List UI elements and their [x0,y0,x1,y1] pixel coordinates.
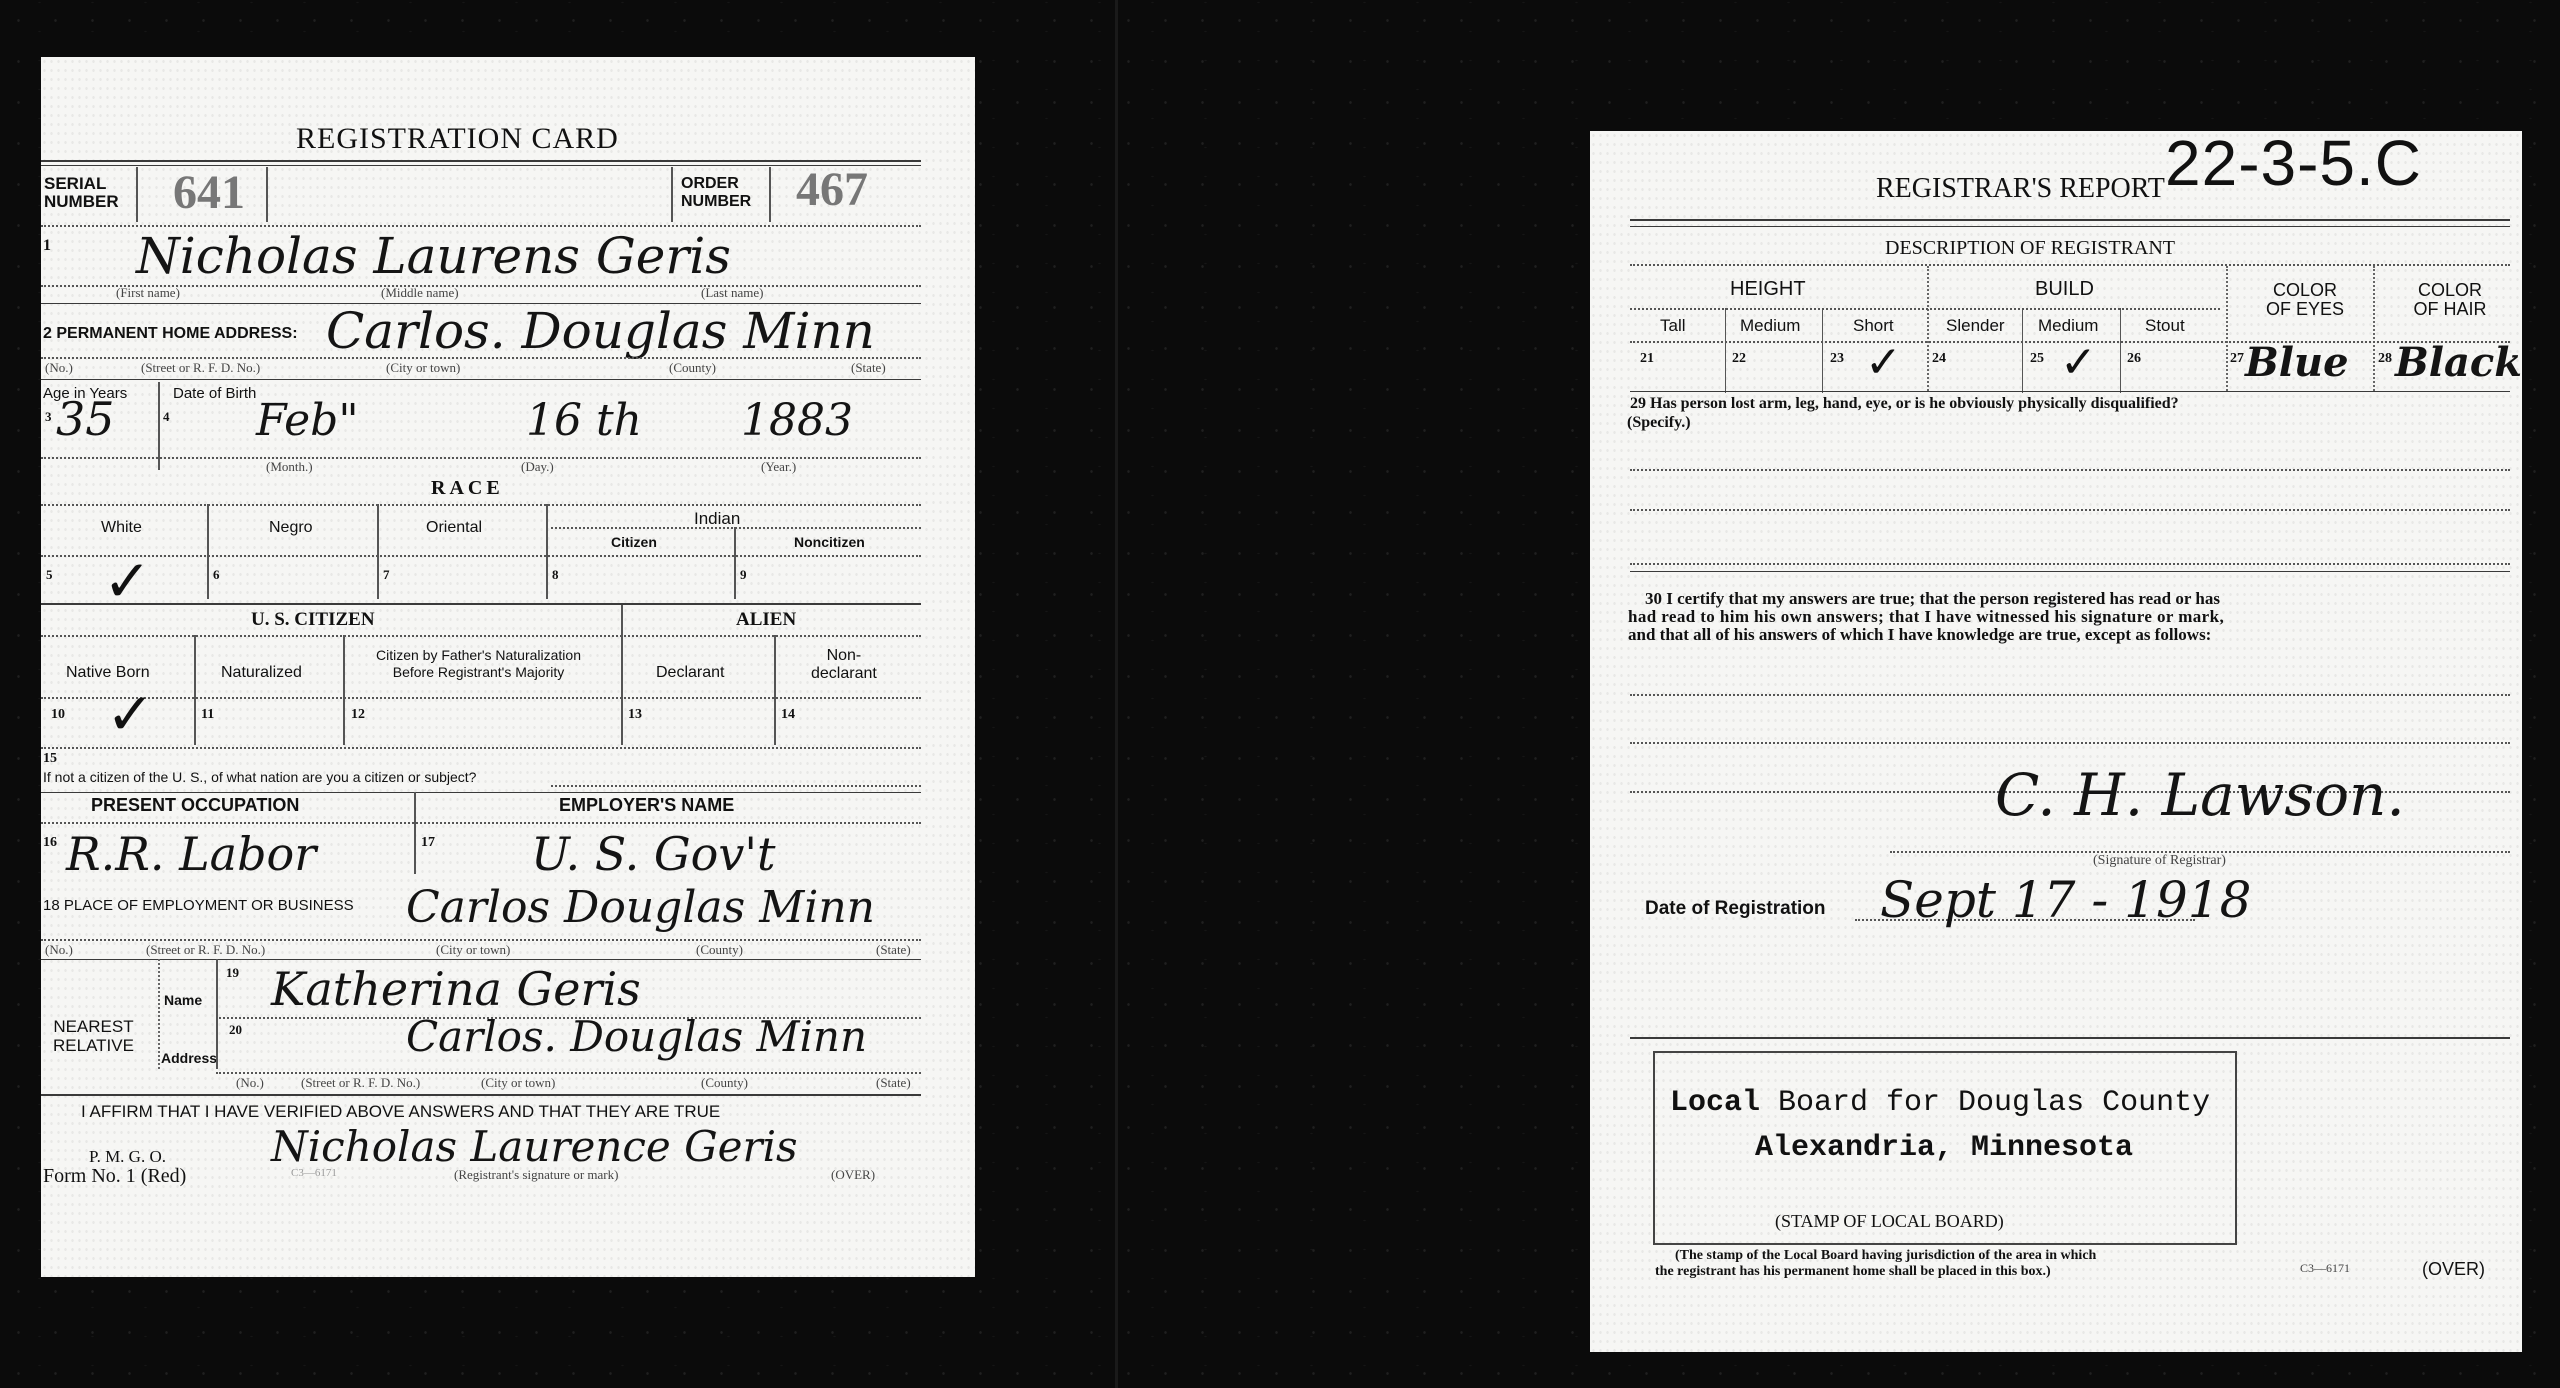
eyes-header-line2: OF EYES [2255,300,2355,319]
race-oriental-header: Oriental [426,519,482,537]
registrant-name: Nicholas Laurens Geris [136,227,731,285]
relative-name-label: Name [164,992,202,1008]
build-medium-header: Medium [2038,316,2098,336]
alien-title: ALIEN [736,609,796,631]
page-fold-line [1115,0,1118,1388]
stamp-board-county: Board for Douglas County [1760,1086,2210,1120]
q3-number: 3 [45,409,52,425]
form-number: Form No. 1 (Red) [43,1165,186,1188]
q1-number: 1 [43,237,51,255]
addr-city-label: (City or town) [386,360,460,376]
q30-certify-line3: and that all of his answers of which I h… [1628,625,2211,645]
serial-label-line2: NUMBER [44,193,119,211]
q30-certify-line2: had read to him his own answers; that I … [1628,607,2224,627]
registrar-signature: C. H. Lawson. [1995,761,2405,829]
q25-number: 25 [2030,351,2044,367]
dob-month-label: (Month.) [266,459,313,475]
hair-header-line1: COLOR [2400,281,2500,300]
hair-color-value: Black [2395,339,2522,386]
q30-certify-line1: 30 I certify that my answers are true; t… [1645,589,2220,609]
q8-number: 8 [552,567,559,583]
nearest-relative-line1: NEAREST [53,1017,134,1036]
registrant-signature-label: (Registrant's signature or mark) [454,1167,618,1183]
emp-state-label: (State) [876,942,911,958]
q5-number: 5 [46,567,53,583]
emp-no-label: (No.) [45,942,73,958]
build-stout-header: Stout [2145,316,2185,336]
dob-day-label: (Day.) [521,459,554,475]
addr-street-label: (Street or R. F. D. No.) [141,360,260,376]
serial-number: 641 [173,165,245,220]
eyes-header-line1: COLOR [2255,281,2355,300]
order-label-line1: ORDER [681,175,751,193]
nearest-relative-line2: RELATIVE [53,1036,134,1055]
q13-number: 13 [628,707,642,723]
registrant-signature: Nicholas Laurence Geris [271,1122,798,1171]
q29-specify: (Specify.) [1627,414,1691,432]
registration-card-front: REGISTRATION CARD SERIAL NUMBER 641 ORDE… [41,57,975,1277]
height-medium-header: Medium [1740,316,1800,336]
q10-number: 10 [51,707,65,723]
height-short-header: Short [1853,316,1894,336]
race-indian-header: Indian [694,509,740,529]
dob-month: Feb" [256,395,359,446]
q6-number: 6 [213,567,220,583]
stamp-note-line2: the registrant has his permanent home sh… [1655,1264,2051,1280]
home-address-value: Carlos. Douglas Minn [326,302,875,360]
q15-question: If not a citizen of the U. S., of what n… [43,769,476,785]
order-label-line2: NUMBER [681,193,751,211]
middle-name-label: (Middle name) [381,285,459,301]
card-title: REGISTRATION CARD [296,122,619,156]
right-print-code: C3—6171 [2300,1261,2350,1276]
declarant-header: Declarant [656,664,724,682]
native-born-checkmark: ✓ [106,685,155,743]
dob-year-label: (Year.) [761,459,796,475]
q7-number: 7 [383,567,390,583]
rel-state-label: (State) [876,1075,911,1091]
age-value: 35 [56,392,115,446]
print-code: C3—6171 [291,1167,337,1179]
nearest-relative-label: NEAREST RELATIVE [53,1017,134,1055]
dob-day: 16 th [526,395,642,446]
hair-header-line2: OF HAIR [2400,300,2500,319]
order-number: 467 [796,162,868,217]
fathers-naturalization-header: Citizen by Father's Naturalization Befor… [346,647,611,681]
race-negro-header: Negro [269,519,313,537]
right-over-label: (OVER) [2422,1259,2485,1280]
serial-label-line1: SERIAL [44,175,119,193]
q15-number: 15 [43,751,57,767]
q20-number: 20 [229,1022,242,1038]
rel-city-label: (City or town) [481,1075,555,1091]
us-citizen-title: U. S. CITIZEN [251,609,375,631]
q26-number: 26 [2127,351,2141,367]
registrar-signature-label: (Signature of Registrar) [2093,853,2226,869]
hair-header: COLOR OF HAIR [2400,281,2500,319]
addr-state-label: (State) [851,360,886,376]
home-address-label: 2 PERMANENT HOME ADDRESS: [43,325,298,343]
affirmation-text: I AFFIRM THAT I HAVE VERIFIED ABOVE ANSW… [81,1102,720,1122]
relative-address-value: Carlos. Douglas Minn [406,1012,867,1061]
non-declarant-header: Non- declarant [811,647,877,683]
dob-label: Date of Birth [173,385,256,402]
description-title: DESCRIPTION OF REGISTRANT [1885,237,2175,260]
eyes-header: COLOR OF EYES [2255,281,2355,319]
date-of-registration-label: Date of Registration [1645,898,1826,920]
q14-number: 14 [781,707,795,723]
stamp-line-2: Alexandria, Minnesota [1755,1131,2133,1165]
rel-street-label: (Street or R. F. D. No.) [301,1075,420,1091]
race-title: RACE [431,477,504,500]
order-label: ORDER NUMBER [681,175,751,211]
file-code: 22-3-5.C [2165,126,2422,200]
last-name-label: (Last name) [701,285,763,301]
dob-year: 1883 [741,395,853,446]
non-declarant-line1: Non- [811,647,877,665]
q28-number: 28 [2378,351,2392,367]
q29-question: 29 Has person lost arm, leg, hand, eye, … [1630,395,2179,413]
race-white-checkmark: ✓ [103,552,152,610]
registrars-report-back: 22-3-5.C REGISTRAR'S REPORT DESCRIPTION … [1590,131,2522,1352]
emp-street-label: (Street or R. F. D. No.) [146,942,265,958]
fathers-naturalization-line1: Citizen by Father's Naturalization [346,647,611,664]
race-white-header: White [101,519,142,537]
q4-number: 4 [163,409,170,425]
stamp-local-word: Local [1670,1086,1760,1120]
stamp-note-line1: (The stamp of the Local Board having jur… [1675,1248,2096,1264]
place-of-employment-value: Carlos Douglas Minn [406,882,875,933]
pmgo-label: P. M. G. O. [89,1147,166,1167]
q27-number: 27 [2230,351,2244,367]
fathers-naturalization-line2: Before Registrant's Majority [346,664,611,681]
employer-value: U. S. Gov't [531,827,775,881]
height-header: HEIGHT [1730,278,1806,301]
rel-no-label: (No.) [236,1075,264,1091]
q22-number: 22 [1732,351,1746,367]
relative-name-value: Katherina Geris [271,962,641,1016]
occupation-header: PRESENT OCCUPATION [91,795,299,816]
report-title: REGISTRAR'S REPORT [1876,173,2165,205]
employer-header: EMPLOYER'S NAME [559,795,734,816]
q16-number: 16 [43,835,57,851]
build-slender-header: Slender [1946,316,2005,336]
q9-number: 9 [740,567,747,583]
q19-number: 19 [226,965,239,981]
non-declarant-line2: declarant [811,665,877,683]
over-label: (OVER) [831,1167,875,1183]
height-short-checkmark: ✓ [1865,341,1902,385]
stamp-line-1: Local Board for Douglas County [1670,1086,2210,1120]
serial-label: SERIAL NUMBER [44,175,119,211]
first-name-label: (First name) [116,285,180,301]
relative-address-label: Address [161,1050,217,1066]
addr-no-label: (No.) [45,360,73,376]
date-of-registration-value: Sept 17 - 1918 [1880,871,2251,929]
q12-number: 12 [351,707,365,723]
q23-number: 23 [1830,351,1844,367]
emp-city-label: (City or town) [436,942,510,958]
q17-number: 17 [421,835,435,851]
place-of-employment-label: 18 PLACE OF EMPLOYMENT OR BUSINESS [43,897,354,914]
q11-number: 11 [201,707,214,723]
q24-number: 24 [1932,351,1946,367]
occupation-value: R.R. Labor [66,827,316,881]
rel-county-label: (County) [701,1075,748,1091]
eye-color-value: Blue [2245,339,2349,386]
addr-county-label: (County) [669,360,716,376]
height-tall-header: Tall [1660,316,1686,336]
naturalized-header: Naturalized [221,664,302,682]
race-indian-noncitizen-header: Noncitizen [794,534,865,550]
build-medium-checkmark: ✓ [2060,341,2097,385]
build-header: BUILD [2035,278,2094,301]
emp-county-label: (County) [696,942,743,958]
race-indian-citizen-header: Citizen [611,534,657,550]
stamp-caption: (STAMP OF LOCAL BOARD) [1775,1211,2004,1232]
q21-number: 21 [1640,351,1654,367]
